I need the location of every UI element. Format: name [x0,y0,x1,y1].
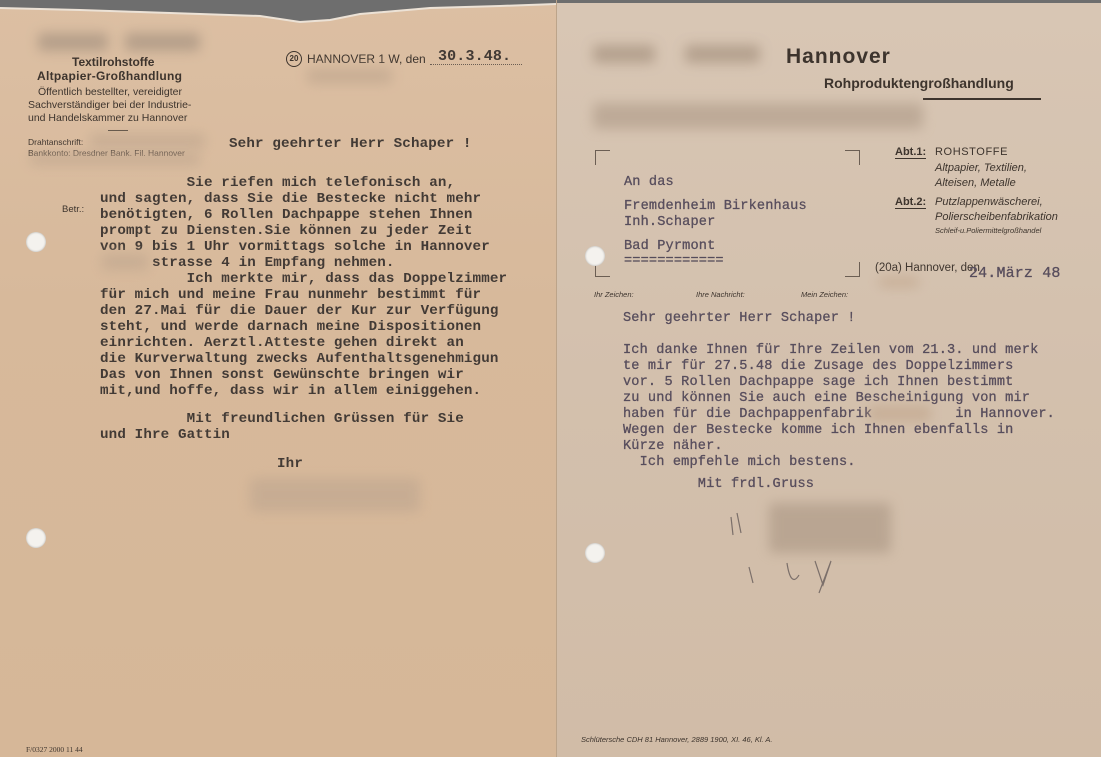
dept1-label: Abt.1: [895,146,926,159]
punch-hole [585,246,605,266]
place-label: (20a) Hannover, den [875,262,980,274]
redacted-company-name [593,45,655,63]
body-line: Ich empfehle mich bestens. [623,455,856,471]
body-line: Das von Ihnen sonst Gewünschte bringen w… [100,367,464,384]
redacted-bank [30,153,200,165]
redacted-address [593,103,923,129]
recipient-underline: ============ [624,254,724,270]
footer-code: F/0327 2000 11 44 [26,745,83,754]
letterhead-desc-3: und Handelskammer zu Hannover [28,112,187,124]
salutation: Sehr geehrter Herr Schaper ! [229,136,472,153]
body-line: den 27.Mai für die Dauer der Kur zur Ver… [100,303,499,320]
torn-edge [0,0,556,30]
top-gray-edge [557,0,1101,3]
dept1-line: Altpapier, Textilien, [935,162,1027,174]
salutation: Sehr geehrter Herr Schaper ! [623,311,856,327]
left-letter: Textilrohstoffe Altpapier-Großhandlung Ö… [0,0,556,757]
letterhead-line1: Textilrohstoffe [72,55,154,69]
body-line: Mit frdl.Gruss [623,477,814,493]
letterhead-city: Hannover [786,45,891,69]
redacted-street [307,68,392,84]
body-line: vor. 5 Rollen Dachpappe sage ich Ihnen b… [623,375,1013,391]
right-letter: Hannover Rohproduktengroßhandlung Abt.1:… [556,0,1101,757]
recipient-line: Bad Pyrmont [624,239,715,255]
ref-label-your-sign: Ihr Zeichen: [594,290,634,299]
body-line: benötigten, 6 Rollen Dachpappe stehen Ih… [100,207,473,224]
place-circle-icon: 20 [286,51,302,67]
body-line: mit,und hoffe, dass wir in allem einigge… [100,383,481,400]
recipient-line: Fremdenheim Birkenhaus [624,199,807,215]
ref-label-my-sign: Mein Zeichen: [801,290,848,299]
body-line: haben für die Dachpappenfabrik in Hannov… [623,407,1055,423]
body-line: Sie riefen mich telefonisch an, [100,175,455,192]
letter-date: 24.März 48 [969,266,1061,282]
place-label: HANNOVER 1 W, den [307,52,426,66]
telegram-label: Drahtanschrift: [28,137,83,147]
redacted-telegram [90,134,205,148]
redacted-company [869,406,931,421]
dept2-label: Abt.2: [895,196,926,209]
punch-hole [585,543,605,563]
redacted-company-name [38,33,108,51]
dept2-line: Schleif-u.Poliermittelgroßhandel [935,226,1041,235]
redacted-date-field [879,277,919,287]
dept1-line: Alteisen, Metalle [935,177,1016,189]
letter-date: 30.3.48. [438,49,511,66]
redacted-signature [250,478,420,512]
window-corner [845,262,860,277]
letterhead-business: Rohproduktengroßhandlung [824,75,1014,91]
letterhead-underline [923,98,1041,100]
body-line: Ich merkte mir, dass das Doppelzimmer [100,271,507,288]
body-line: einrichten. Aerztl.Atteste gehen direkt … [100,335,464,352]
recipient-line: Inh.Schaper [624,215,715,231]
body-line: von 9 bis 1 Uhr vormittags solche in Han… [100,239,490,256]
body-line: prompt zu Diensten.Sie können zu jeder Z… [100,223,473,240]
dept2-line: Putzlappenwäscherei, [935,196,1043,208]
redacted-street-name [102,254,148,270]
letterhead-divider [108,130,128,131]
redacted-signature [769,503,891,553]
body-line: Ich danke Ihnen für Ihre Zeilen vom 21.3… [623,343,1038,359]
printer-footer: Schlütersche CDH 81 Hannover, 2889 1900,… [581,735,773,744]
recipient-line: An das [624,175,674,191]
closing-line: Mit freundlichen Grüssen für Sie [100,411,464,428]
redacted-company-name [685,45,760,63]
body-line: te mir für 27.5.48 die Zusage des Doppel… [623,359,1013,375]
subject-label: Betr.: [62,204,84,215]
body-line: zu und können Sie auch eine Bescheinigun… [623,391,1030,407]
body-line: Kürze näher. [623,439,723,455]
punch-hole [26,232,46,252]
window-corner [595,150,610,165]
ref-label-your-message: Ihre Nachricht: [696,290,745,299]
body-line: die Kurverwaltung zwecks Aufenthaltsgene… [100,351,499,368]
letterhead-desc-2: Sachverständiger bei der Industrie- [28,99,191,111]
body-line: und sagten, dass Sie die Bestecke nicht … [100,191,481,208]
letterhead-line2: Altpapier-Großhandlung [37,69,182,83]
letterhead-desc-1: Öffentlich bestellter, vereidigter [38,86,182,98]
body-line: für mich und meine Frau nunmehr bestimmt… [100,287,481,304]
closing-line: und Ihre Gattin [100,427,230,444]
dept1-line: ROHSTOFFE [935,146,1008,158]
body-line: steht, und werde darnach meine Dispositi… [100,319,481,336]
redacted-company-name [125,33,200,51]
dept2-line: Polierscheibenfabrikation [935,211,1058,223]
body-line: Wegen der Bestecke komme ich Ihnen ebenf… [623,423,1013,439]
window-corner [845,150,860,165]
punch-hole [26,528,46,548]
signoff: Ihr [277,456,303,473]
